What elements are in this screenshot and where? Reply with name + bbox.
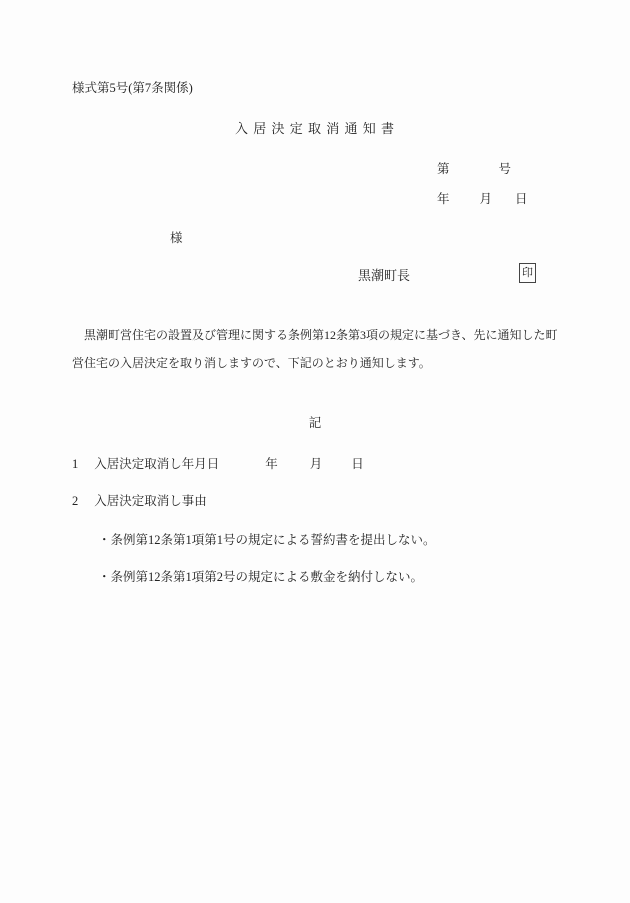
- item-number: 1: [72, 457, 78, 471]
- item-day-label: 日: [351, 457, 364, 471]
- sender-name: 黒潮町長: [358, 265, 410, 284]
- reason-bullet-1: ・条例第12条第1項第1号の規定による誓約書を提出しない。: [98, 530, 436, 548]
- item-label: 入居決定取消し事由: [94, 494, 207, 508]
- item-cancellation-date: 1入居決定取消し年月日年月日: [72, 454, 364, 472]
- item-cancellation-reason: 2入居決定取消し事由: [72, 491, 207, 509]
- date-year-label: 年: [437, 192, 450, 206]
- record-heading: 記: [0, 413, 630, 431]
- item-month-label: 月: [310, 457, 323, 471]
- document-date-line: 年月日: [437, 189, 528, 207]
- addressee-suffix: 様: [170, 228, 183, 246]
- item-number: 2: [72, 494, 78, 508]
- form-number: 様式第5号(第7条関係): [72, 78, 193, 96]
- document-number-prefix: 第: [437, 162, 450, 176]
- item-label: 入居決定取消し年月日: [94, 457, 219, 471]
- document-number-suffix: 号: [499, 162, 512, 176]
- body-paragraph: 黒潮町営住宅の設置及び管理に関する条例第12条第3項の規定に基づき、先に通知した…: [72, 321, 564, 377]
- document-title: 入 居 決 定 取 消 通 知 書: [0, 118, 630, 137]
- reason-bullet-2: ・条例第12条第1項第2号の規定による敷金を納付しない。: [98, 567, 423, 585]
- item-year-label: 年: [265, 457, 278, 471]
- seal-placeholder: 印: [519, 263, 536, 283]
- document-page: 様式第5号(第7条関係) 入 居 決 定 取 消 通 知 書 第号 年月日 様 …: [0, 0, 630, 903]
- date-day-label: 日: [515, 192, 528, 206]
- date-month-label: 月: [480, 192, 493, 206]
- document-number-line: 第号: [437, 159, 511, 177]
